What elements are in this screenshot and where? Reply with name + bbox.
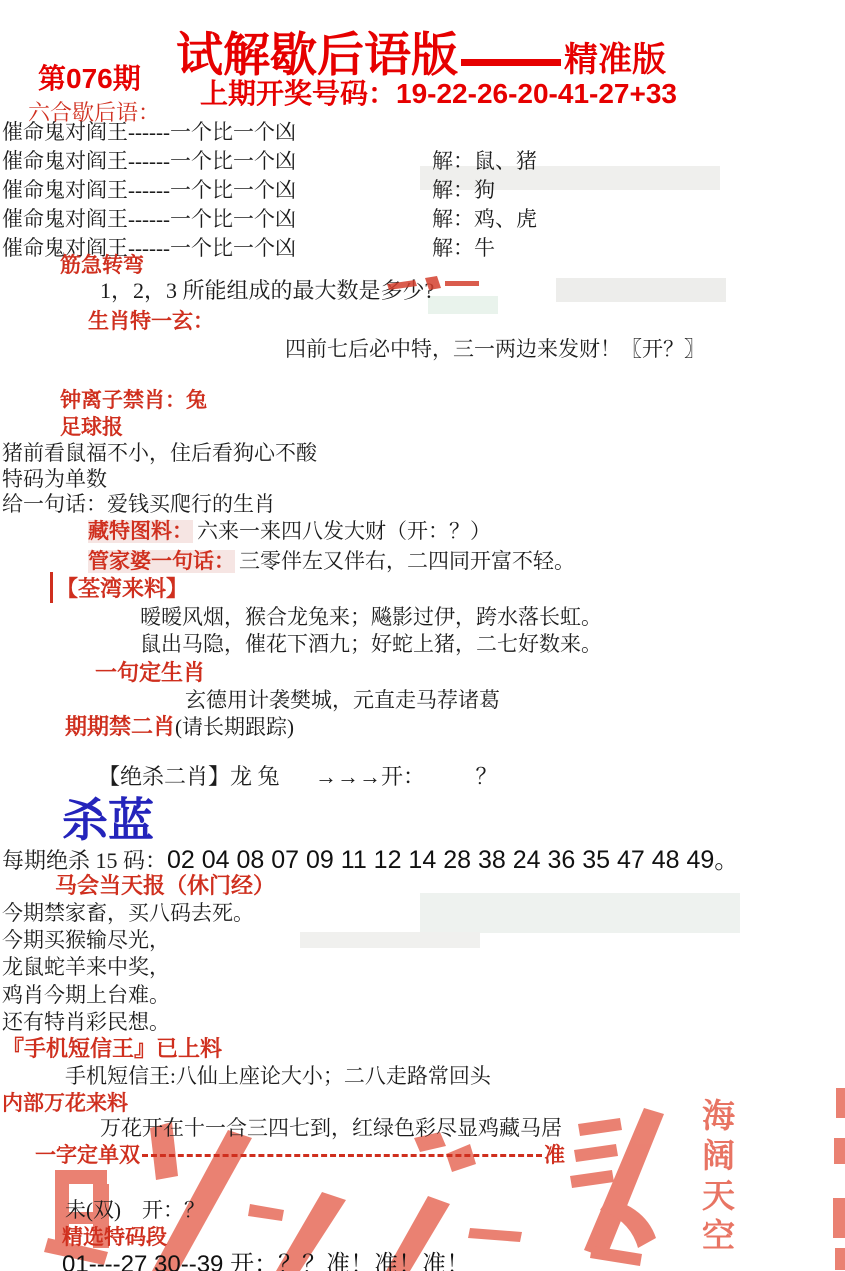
scan-artifact bbox=[556, 278, 726, 302]
cangte-text: 六来一来四八发大财（开：？） bbox=[197, 519, 491, 543]
mahui-line: 今期买猴输尽光， bbox=[2, 924, 170, 954]
quanwan-heading: 【荃湾来料】 bbox=[50, 572, 188, 603]
title-dash-line bbox=[461, 59, 561, 66]
one-word-label: 一字定单双 bbox=[35, 1144, 140, 1167]
riddle-row: 催命鬼对阎王------一个比一个凶 bbox=[2, 116, 296, 146]
cangte-line: 藏特图料： 六来一来四八发大财（开：？） bbox=[88, 515, 491, 545]
football-line: 给一句话：爱钱买爬行的生肖 bbox=[2, 488, 275, 518]
mahui-heading: 马会当天报（休门经） bbox=[55, 869, 275, 900]
one-word-line: 一字定单双准 bbox=[35, 1139, 565, 1169]
quanwan-verse: 暧暧风烟，猴合龙兔来；飚影过伊，跨水落长虹。 bbox=[140, 601, 602, 631]
riddle-row: 催命鬼对阎王------一个比一个凶 解：鼠、猪 bbox=[2, 145, 296, 175]
riddle-question: 催命鬼对阎王------一个比一个凶 bbox=[2, 207, 296, 231]
riddle-question: 催命鬼对阎王------一个比一个凶 bbox=[2, 236, 296, 260]
one-sentence-heading: 一句定生肖 bbox=[95, 656, 205, 687]
riddle-answer: 解：牛 bbox=[432, 232, 495, 262]
scan-artifact bbox=[300, 932, 480, 948]
riddle-question: 催命鬼对阎王------一个比一个凶 bbox=[2, 178, 296, 202]
guanjiapo-line: 管家婆一句话： 三零伴左又伴右，二四同开富不轻。 bbox=[88, 545, 575, 575]
ban-two-note: (请长期跟踪) bbox=[175, 715, 294, 739]
prev-draw-numbers: 上期开奖号码：19-22-26-20-41-27+33 bbox=[200, 72, 677, 112]
zhongli-ban-line: 钟离子禁肖：兔 bbox=[60, 384, 207, 414]
wanhua-line: 万花开在十一合三四七到，红绿色彩尽显鸡藏马居 bbox=[100, 1112, 562, 1142]
issue-number: 第076期 bbox=[38, 57, 141, 97]
riddle-row: 催命鬼对阎王------一个比一个凶 解：牛 bbox=[2, 232, 296, 262]
cangte-label: 藏特图料： bbox=[88, 520, 193, 543]
weishuang-line: 未(双) 开：？ bbox=[65, 1194, 205, 1224]
mahui-line: 龙鼠蛇羊来中奖， bbox=[2, 951, 170, 981]
sms-king-line: 手机短信王:八仙上座论大小；二八走路常回头 bbox=[65, 1060, 491, 1090]
guanjiapo-text: 三零伴左又伴右，二四同开富不轻。 bbox=[239, 549, 575, 573]
kill-two-line: 【绝杀二肖】龙 兔 →→→开： ？ bbox=[98, 760, 498, 791]
riddle-question: 催命鬼对阎王------一个比一个凶 bbox=[2, 149, 296, 173]
riddle-row: 催命鬼对阎王------一个比一个凶 解：鸡、虎 bbox=[2, 203, 296, 233]
ban-two-line: 期期禁二肖(请长期跟踪) bbox=[65, 710, 294, 741]
zodiac-mystery-heading: 生肖特一玄： bbox=[88, 305, 214, 335]
scan-artifact bbox=[420, 893, 740, 933]
mahui-line: 鸡肖今期上台难。 bbox=[2, 979, 170, 1009]
one-word-dash-line bbox=[142, 1154, 542, 1157]
red-smudge-marks bbox=[385, 272, 485, 300]
zodiac-mystery-verse: 四前七后必中特，三一两边来发财！〖开？〗 bbox=[285, 333, 705, 363]
riddle-question: 催命鬼对阎王------一个比一个凶 bbox=[2, 120, 296, 144]
riddle-answer: 解：鼠、猪 bbox=[432, 145, 537, 175]
range-line: 01----27 30--39 开：？？准！准！准！ bbox=[62, 1244, 470, 1271]
lottery-tip-sheet: 第076期 试解歇后语版精准版 上期开奖号码：19-22-26-20-41-27… bbox=[0, 0, 845, 1271]
one-word-suffix: 准 bbox=[544, 1144, 565, 1167]
ban-two-label: 期期禁二肖 bbox=[65, 714, 175, 739]
riddle-answer: 解：狗 bbox=[432, 174, 495, 204]
kill-two-result: ？ bbox=[476, 764, 498, 789]
riddle-answer: 解：鸡、虎 bbox=[432, 203, 537, 233]
guanjiapo-label: 管家婆一句话： bbox=[88, 550, 235, 573]
sms-king-heading: 『手机短信王』已上料 bbox=[2, 1032, 222, 1063]
kill-two-arrows: →→→开： bbox=[315, 764, 425, 789]
riddle-row: 催命鬼对阎王------一个比一个凶 解：狗 bbox=[2, 174, 296, 204]
mahui-line: 今期禁家畜，买八码去死。 bbox=[2, 897, 254, 927]
quanwan-verse: 鼠出马隐，催花下酒九；好蛇上猪，二七好数来。 bbox=[140, 628, 602, 658]
